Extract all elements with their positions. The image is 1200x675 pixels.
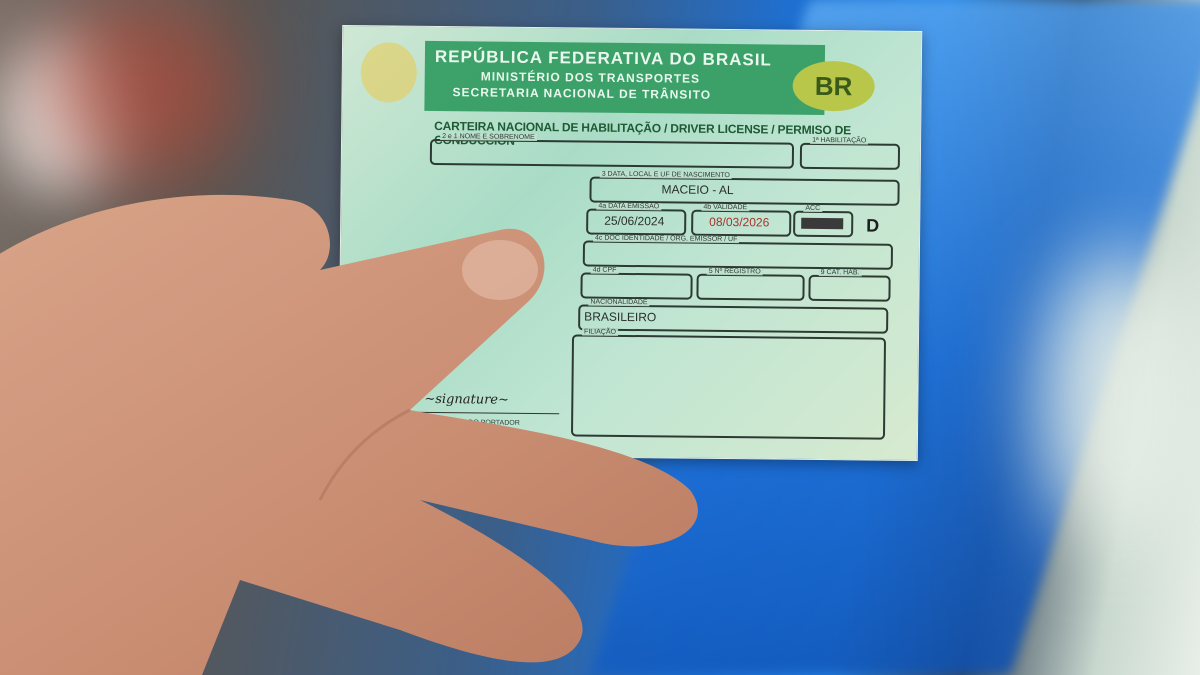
header-line3: SECRETARIA NACIONAL DE TRÂNSITO <box>452 85 711 102</box>
country-badge: BR <box>792 61 875 112</box>
first-license-field: 1ª HABILITAÇÃO <box>800 143 900 170</box>
header-line2: MINISTÉRIO DOS TRANSPORTES <box>481 69 700 85</box>
redacted-value <box>801 218 843 229</box>
registry-field: 5 Nº REGISTRO <box>696 274 804 301</box>
hand <box>0 160 700 675</box>
first-license-label: 1ª HABILITAÇÃO <box>810 137 868 145</box>
background-red-blur <box>40 0 240 180</box>
name-label: 2 e 1 NOME E SOBRENOME <box>440 133 537 141</box>
acc-field: ACC <box>793 211 853 238</box>
background-light-blur <box>1040 250 1200 550</box>
category-field: 9 CAT. HAB. <box>808 275 890 302</box>
registry-label: 5 Nº REGISTRO <box>707 268 763 276</box>
cat-hab-label: 9 CAT. HAB. <box>819 269 862 276</box>
coat-of-arms-icon <box>360 42 417 103</box>
header-line1: REPÚBLICA FEDERATIVA DO BRASIL <box>435 47 772 71</box>
validity-field: 4b VALIDADE 08/03/2026 <box>691 210 791 237</box>
category-letter: D <box>866 215 879 236</box>
acc-label: ACC <box>803 205 822 212</box>
validity-value: 08/03/2026 <box>709 215 769 230</box>
validity-label: 4b VALIDADE <box>701 204 749 212</box>
